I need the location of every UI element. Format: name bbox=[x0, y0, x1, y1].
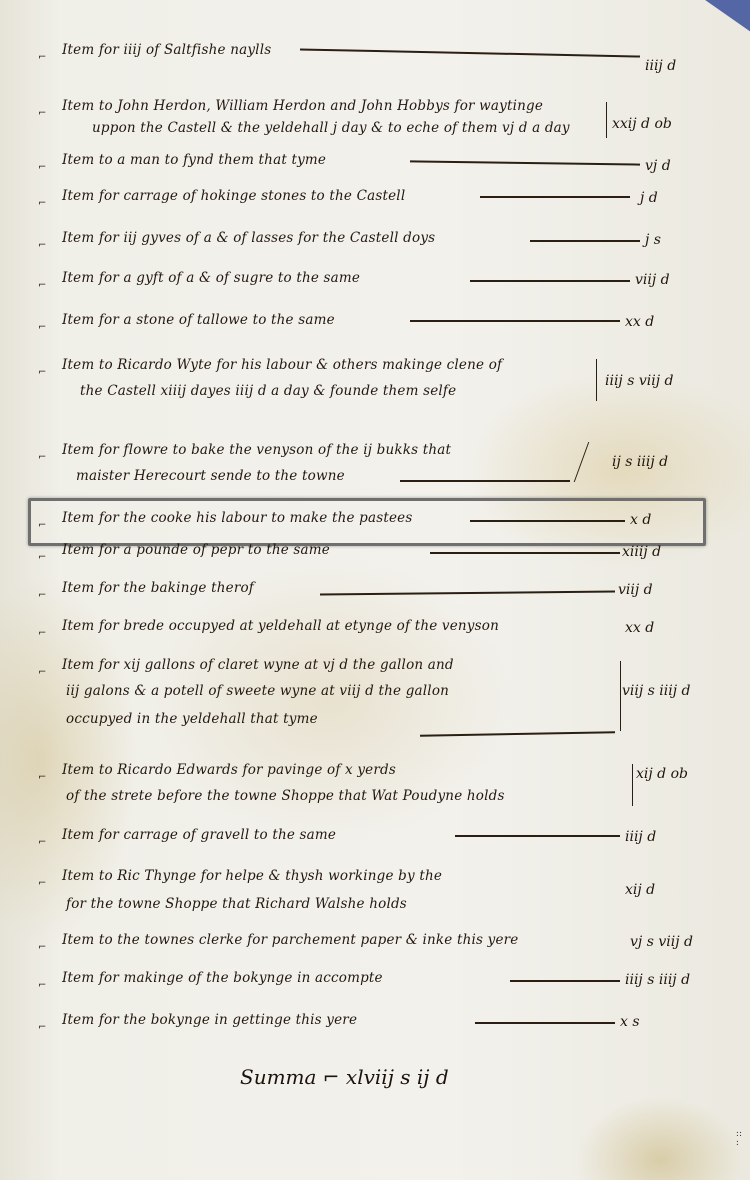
ruled-line bbox=[470, 280, 630, 282]
brace bbox=[568, 442, 590, 482]
ruled-line bbox=[420, 731, 615, 736]
entry-line: for the towne Shoppe that Richard Walshe… bbox=[66, 896, 407, 912]
entry-line: Item for a gyft of a & of sugre to the s… bbox=[62, 270, 360, 286]
entry-line: Item for iij gyves of a & of lasses for … bbox=[62, 230, 435, 246]
ruled-line bbox=[530, 240, 640, 242]
entry-line: Item for the cooke his labour to make th… bbox=[62, 510, 413, 526]
entry-line: Item for xij gallons of claret wyne at v… bbox=[62, 657, 454, 673]
brace bbox=[590, 359, 597, 401]
account-entry: ⌐ Item for carrage of hokinge stones to … bbox=[0, 186, 750, 216]
entry-line: of the strete before the towne Shoppe th… bbox=[66, 788, 505, 804]
entry-amount: xx d bbox=[625, 620, 654, 636]
entry-line: occupyed in the yeldehall that tyme bbox=[66, 711, 318, 727]
entry-mark: ⌐ bbox=[38, 280, 46, 291]
account-entry: ⌐ Item for the bakinge therof viij d bbox=[0, 578, 750, 608]
account-entry: ⌐ Item for brede occupyed at yeldehall a… bbox=[0, 616, 750, 646]
ruled-line bbox=[320, 590, 615, 595]
account-entry: ⌐ Item for makinge of the bokynge in acc… bbox=[0, 968, 750, 998]
entry-amount: iiij s iiij d bbox=[625, 972, 690, 988]
entry-mark: ⌐ bbox=[38, 240, 46, 251]
brace bbox=[614, 661, 621, 731]
entry-line: Item to Ricardo Wyte for his labour & ot… bbox=[62, 357, 502, 373]
entry-mark: ⌐ bbox=[38, 628, 46, 639]
account-entry: ⌐ Item for a pounde of pepr to the same … bbox=[0, 540, 750, 570]
brace bbox=[626, 764, 633, 806]
account-entry: ⌐ Item for a gyft of a & of sugre to the… bbox=[0, 268, 750, 298]
entry-line: Item for a stone of tallowe to the same bbox=[62, 312, 335, 328]
entry-line: uppon the Castell & the yeldehall j day … bbox=[92, 120, 570, 136]
ruled-line bbox=[430, 552, 620, 554]
entry-amount: xij d ob bbox=[636, 766, 688, 782]
ruled-line bbox=[300, 48, 640, 57]
entry-mark: ⌐ bbox=[38, 198, 46, 209]
blue-corner-fragment bbox=[704, 0, 750, 34]
entry-mark: ⌐ bbox=[38, 367, 46, 378]
entry-amount: vj d bbox=[645, 158, 671, 174]
entry-mark: ⌐ bbox=[38, 942, 46, 953]
margin-marks: ::: bbox=[736, 1130, 742, 1148]
entry-line: Item to a man to fynd them that tyme bbox=[62, 152, 326, 168]
account-entry: ⌐ Item to John Herdon, William Herdon an… bbox=[0, 96, 750, 146]
entry-amount: xij d bbox=[625, 882, 655, 898]
account-entry: ⌐ Item to the townes clerke for parcheme… bbox=[0, 930, 750, 960]
entry-line: the Castell xiiij dayes iiij d a day & f… bbox=[80, 383, 456, 399]
entry-amount: vj s viij d bbox=[630, 934, 693, 950]
entry-line: maister Herecourt sende to the towne bbox=[76, 468, 345, 484]
entry-mark: ⌐ bbox=[38, 520, 46, 531]
ruled-line bbox=[455, 835, 620, 837]
entry-amount: viij s iiij d bbox=[622, 683, 690, 699]
entry-amount: j s bbox=[645, 232, 661, 248]
entry-mark: ⌐ bbox=[38, 878, 46, 889]
manuscript-page: ⌐ Item for iiij of Saltfishe naylls iiij… bbox=[0, 0, 750, 1180]
entry-amount: iiij d bbox=[625, 829, 656, 845]
brace bbox=[600, 102, 607, 138]
entry-line: Item to the townes clerke for parchement… bbox=[62, 932, 519, 948]
entry-amount: iiij d bbox=[645, 58, 676, 74]
entry-mark: ⌐ bbox=[38, 667, 46, 678]
entry-amount: viij d bbox=[635, 272, 670, 288]
account-entry-highlighted: ⌐ Item for the cooke his labour to make … bbox=[0, 508, 750, 538]
entry-mark: ⌐ bbox=[38, 162, 46, 173]
ruled-line bbox=[510, 980, 620, 982]
entry-line: iij galons & a potell of sweete wyne at … bbox=[66, 683, 449, 699]
total-amount: xlviij s ij d bbox=[346, 1065, 449, 1089]
entry-mark: ⌐ bbox=[38, 980, 46, 991]
entry-amount: viij d bbox=[618, 582, 653, 598]
entry-line: Item to Ric Thynge for helpe & thysh wor… bbox=[62, 868, 442, 884]
entry-line: Item for the bakinge therof bbox=[62, 580, 254, 596]
entry-amount: xiiij d bbox=[622, 544, 661, 560]
entry-mark: ⌐ bbox=[38, 772, 46, 783]
ruled-line bbox=[480, 196, 630, 198]
entry-amount: xx d bbox=[625, 314, 654, 330]
entry-amount: ij s iiij d bbox=[612, 454, 668, 470]
entry-line: Item for the bokynge in gettinge this ye… bbox=[62, 1012, 357, 1028]
account-entry: ⌐ Item for the bokynge in gettinge this … bbox=[0, 1010, 750, 1040]
account-entry: ⌐ Item to Ricardo Edwards for pavinge of… bbox=[0, 760, 750, 812]
entry-line: Item to John Herdon, William Herdon and … bbox=[62, 98, 543, 114]
entry-mark: ⌐ bbox=[38, 837, 46, 848]
entry-amount: x d bbox=[630, 512, 651, 528]
entry-line: Item to Ricardo Edwards for pavinge of x… bbox=[62, 762, 396, 778]
account-entry: ⌐ Item for carrage of gravell to the sam… bbox=[0, 825, 750, 855]
ruled-line bbox=[410, 320, 620, 322]
account-entry: ⌐ Item for flowre to bake the venyson of… bbox=[0, 440, 750, 490]
entry-line: Item for iiij of Saltfishe naylls bbox=[62, 42, 271, 58]
account-entry: ⌐ Item to a man to fynd them that tyme v… bbox=[0, 150, 750, 180]
entry-line: Item for makinge of the bokynge in accom… bbox=[62, 970, 383, 986]
account-entry: ⌐ Item to Ric Thynge for helpe & thysh w… bbox=[0, 866, 750, 918]
entry-amount: iiij s viij d bbox=[605, 373, 673, 389]
entry-mark: ⌐ bbox=[38, 52, 46, 63]
entry-line: Item for carrage of hokinge stones to th… bbox=[62, 188, 405, 204]
entry-mark: ⌐ bbox=[38, 1022, 46, 1033]
entry-line: Item for flowre to bake the venyson of t… bbox=[62, 442, 451, 458]
ruled-line bbox=[400, 480, 570, 482]
page-total: Summa ⌐ xlviij s ij d bbox=[240, 1065, 449, 1089]
account-entry: ⌐ Item for xij gallons of claret wyne at… bbox=[0, 655, 750, 735]
entry-mark: ⌐ bbox=[38, 452, 46, 463]
account-entry: ⌐ Item for iij gyves of a & of lasses fo… bbox=[0, 228, 750, 258]
ruled-line bbox=[410, 160, 640, 165]
entry-mark: ⌐ bbox=[38, 322, 46, 333]
ruled-line bbox=[470, 520, 625, 522]
entry-mark: ⌐ bbox=[38, 552, 46, 563]
entry-mark: ⌐ bbox=[38, 590, 46, 601]
total-label: Summa bbox=[240, 1065, 316, 1089]
entry-line: Item for brede occupyed at yeldehall at … bbox=[62, 618, 499, 634]
account-entry: ⌐ Item for iiij of Saltfishe naylls iiij… bbox=[0, 40, 750, 70]
entry-line: Item for a pounde of pepr to the same bbox=[62, 542, 330, 558]
entry-amount: x s bbox=[620, 1014, 640, 1030]
entry-mark: ⌐ bbox=[38, 108, 46, 119]
account-entry: ⌐ Item for a stone of tallowe to the sam… bbox=[0, 310, 750, 340]
entry-amount: xxij d ob bbox=[612, 116, 672, 132]
account-entry: ⌐ Item to Ricardo Wyte for his labour & … bbox=[0, 355, 750, 411]
ruled-line bbox=[475, 1022, 615, 1024]
entry-amount: j d bbox=[640, 190, 658, 206]
entry-line: Item for carrage of gravell to the same bbox=[62, 827, 336, 843]
